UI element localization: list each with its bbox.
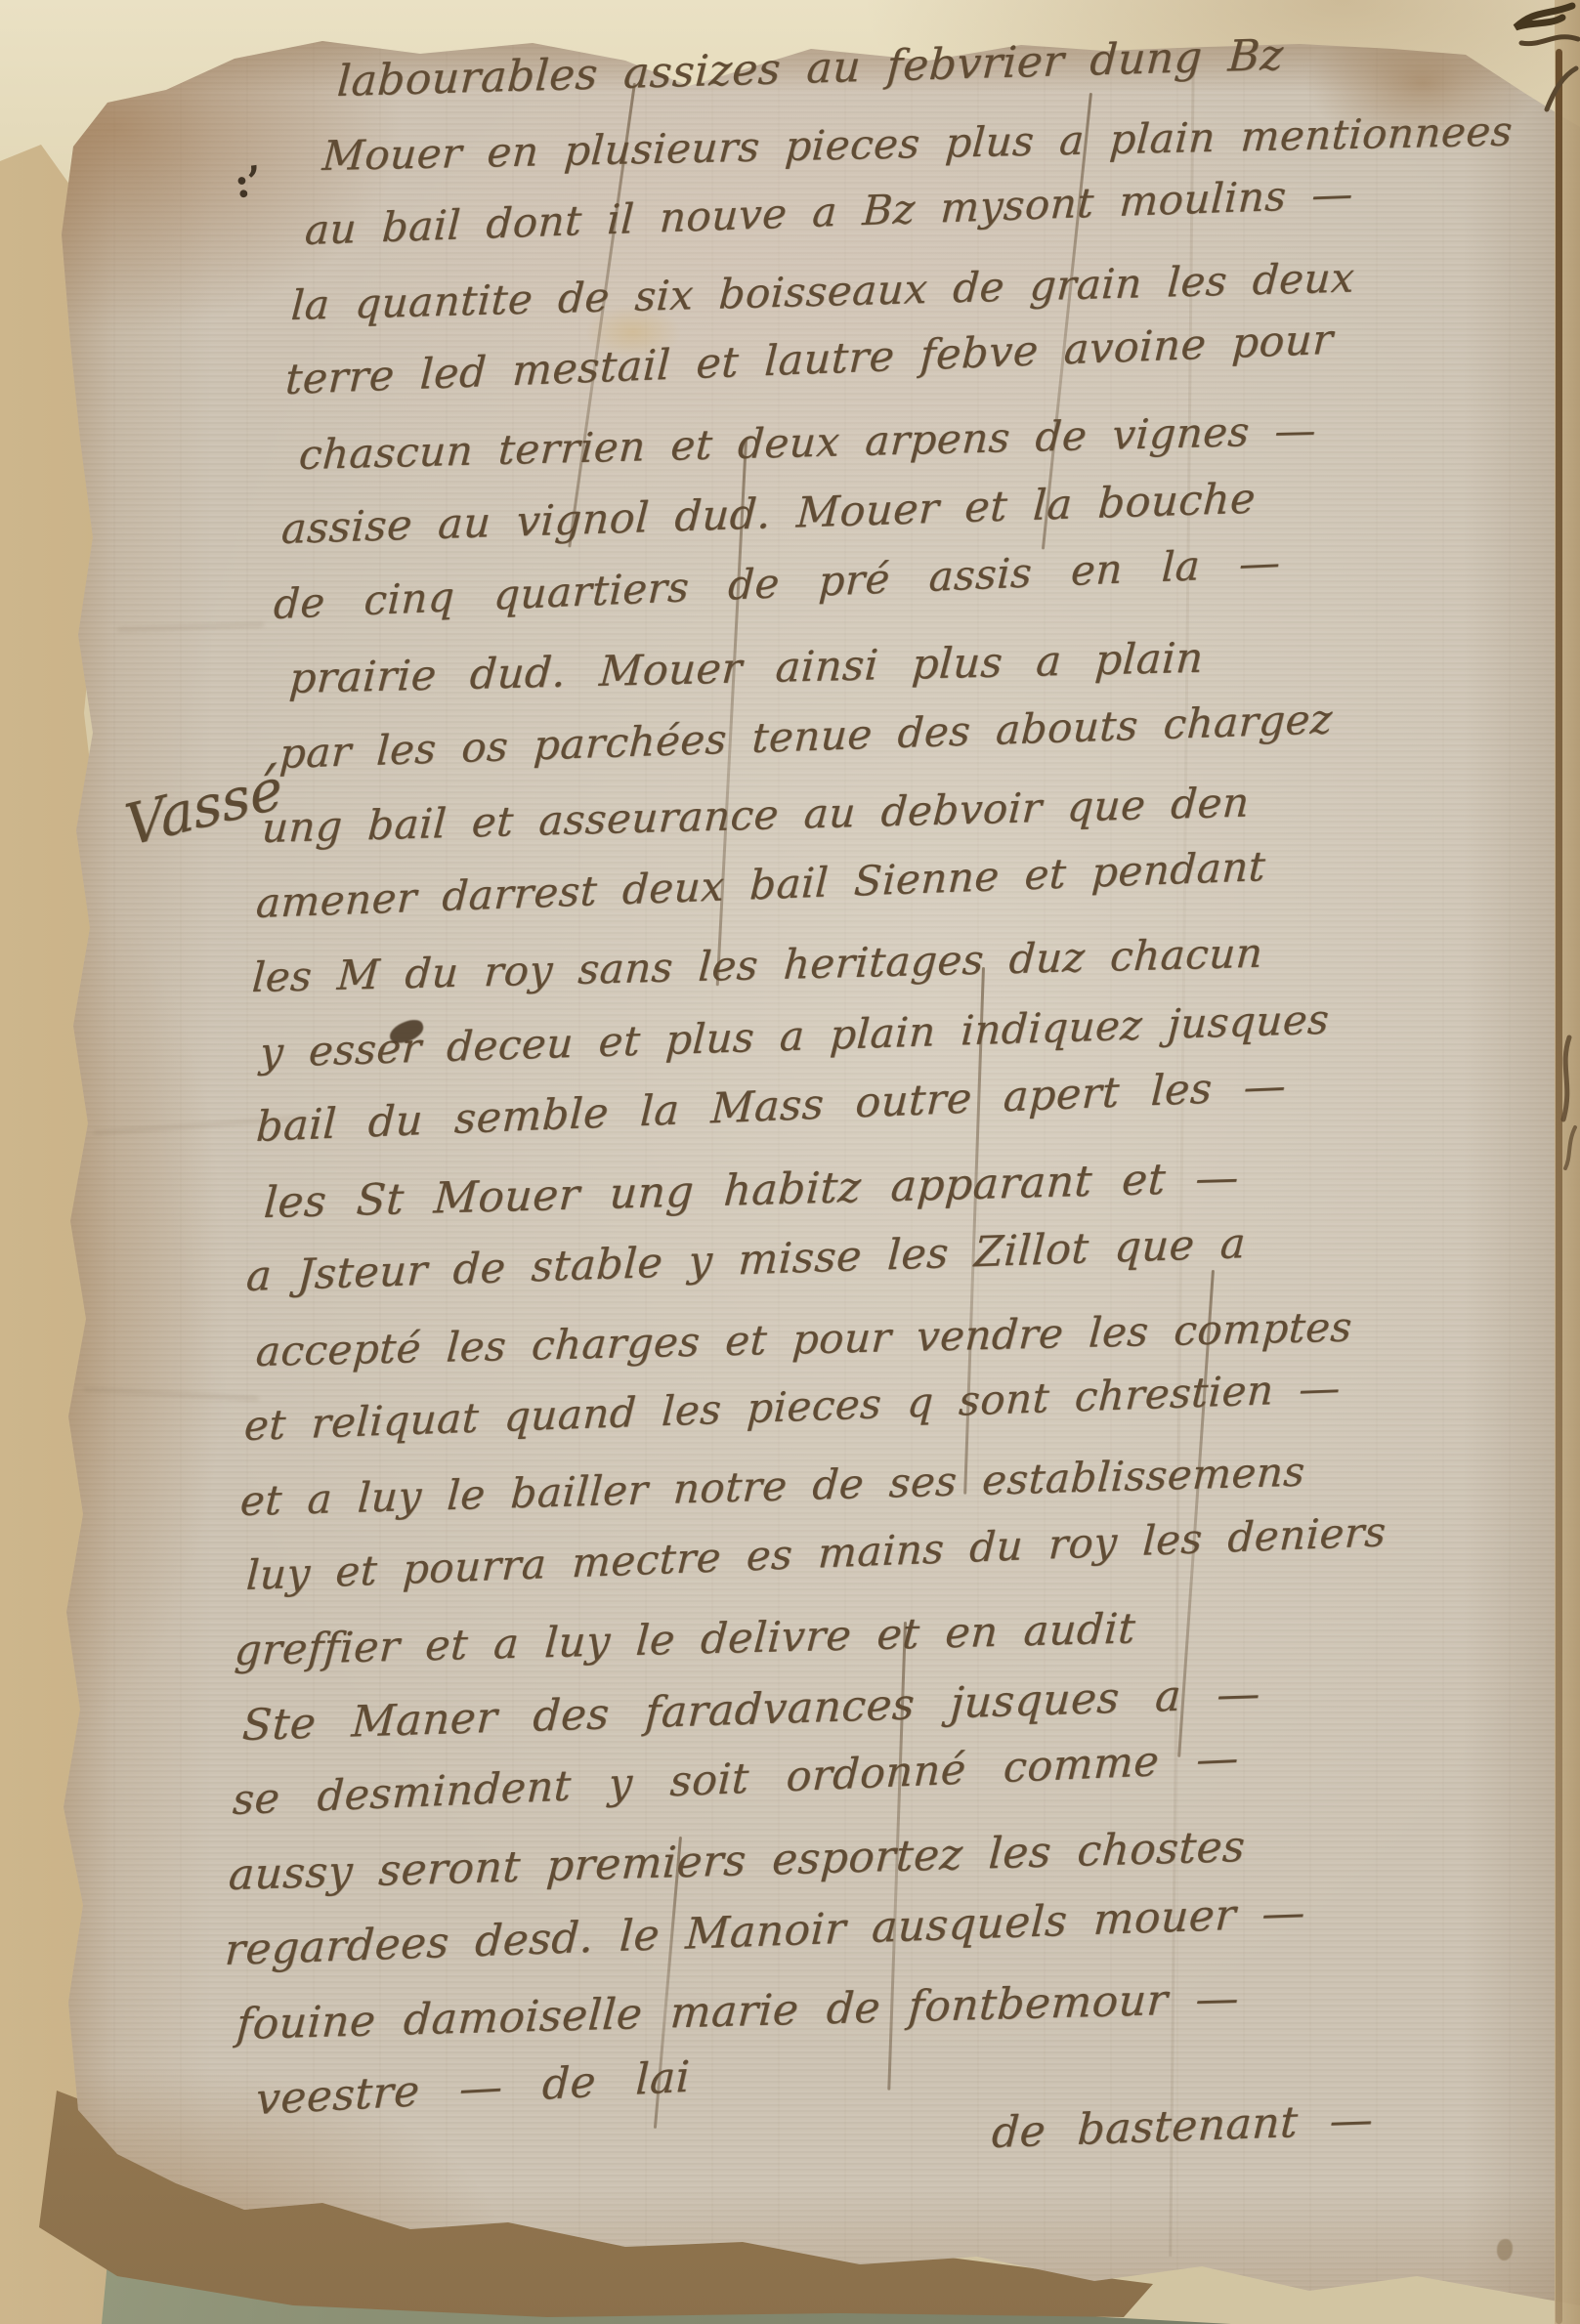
manuscript-line: luy et pourra mectre es mains du roy les… [245, 1507, 1388, 1599]
manuscript-line: de cinq quartiers de pré assis en la — [273, 538, 1282, 628]
manuscript-line: greffier et a luy le delivre et en audit [233, 1604, 1136, 1675]
manuscript-line: ung bail et asseurance au debvoir que de… [260, 778, 1251, 852]
manuscript-line: Mouer en plusieurs pieces plus a plain m… [320, 106, 1514, 180]
ink-layer: :’ Vassé labourables assizes au febvrier… [0, 0, 1580, 2324]
manuscript-line: bail du semble la Mass outre apert les — [255, 1062, 1288, 1152]
manuscript-line: au bail dont il nouve a Bz mysont moulin… [304, 169, 1354, 254]
ink-mark: :’ [232, 156, 264, 207]
manuscript-line: terre led mestail et lautre febve avoine… [284, 316, 1335, 404]
manuscript-line: y esser deceu et plus a plain indiquez j… [259, 995, 1331, 1077]
manuscript-photo: :’ Vassé labourables assizes au febvrier… [0, 0, 1580, 2324]
manuscript-line: amener darrest deux bail Sienne et penda… [255, 842, 1267, 927]
manuscript-line: labourables assizes au febvrier dung Bz [335, 30, 1284, 106]
manuscript-line: accepté les charges et pour vendre les c… [254, 1303, 1353, 1376]
manuscript-line: se desmindent y soit ordonné comme — [232, 1734, 1240, 1825]
manuscript-line: les St Mouer ung habitz apparant et — [262, 1153, 1240, 1228]
ink-speck [1497, 2239, 1513, 2261]
manuscript-line: les M du roy sans les heritages duz chac… [250, 929, 1263, 1001]
manuscript-line: la quantite de six boisseaux de grain le… [289, 253, 1355, 329]
manuscript-line: aussy seront premiers esportez les chost… [227, 1822, 1246, 1900]
manuscript-line: et reliquat quand les pieces q sont chre… [243, 1364, 1342, 1450]
show-through-mark [117, 622, 264, 631]
manuscript-line: chascun terrien et deux arpens de vignes… [297, 406, 1317, 480]
show-through-mark [83, 1387, 259, 1400]
manuscript-line: a Jsteur de stable y misse les Zillot qu… [245, 1219, 1248, 1301]
manuscript-line: prairie dud. Mouer ainsi plus a plain [287, 634, 1205, 703]
manuscript-line: et a luy le bailler notre de ses establi… [239, 1448, 1306, 1526]
manuscript-line: assise au vignol dud. Mouer et la bouche [280, 475, 1258, 554]
manuscript-line: par les os parchées tenue des abouts cha… [278, 695, 1334, 778]
closing-line: de bastenant — [991, 2094, 1375, 2158]
manuscript-line: regardees desd. le Manoir ausquels mouer… [224, 1887, 1306, 1975]
closing-line: veestre — de lai [255, 2052, 691, 2125]
manuscript-line: fouine damoiselle marie de fontbemour — [235, 1973, 1240, 2049]
